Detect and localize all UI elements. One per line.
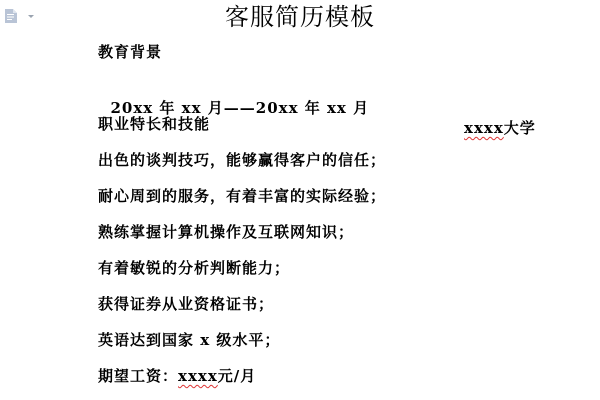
salary-line: 期望工资：xxxx元/月 <box>98 366 256 386</box>
school-suffix: 大学 <box>504 119 536 137</box>
skill-item: 熟练掌握计算机操作及互联网知识； <box>98 222 354 242</box>
salary-label: 期望工资： <box>98 367 178 385</box>
education-school: xxxx大学 <box>464 118 536 138</box>
skill-item: 耐心周到的服务，有着丰富的实际经验； <box>98 186 386 206</box>
skill-item: 出色的谈判技巧，能够赢得客户的信任； <box>98 150 386 170</box>
salary-value: xxxx <box>178 367 218 385</box>
skill-item: 有着敏锐的分析判断能力； <box>98 258 290 278</box>
skill-item: 英语达到国家 x 级水平； <box>98 330 280 350</box>
education-heading: 教育背景 <box>98 42 162 62</box>
document-title: 客服简历模板 <box>0 2 600 32</box>
school-placeholder: xxxx <box>464 119 504 137</box>
salary-unit: 元/月 <box>218 367 256 385</box>
skill-item: 获得证券从业资格证书； <box>98 294 274 314</box>
skills-heading: 职业特长和技能 <box>98 114 210 134</box>
